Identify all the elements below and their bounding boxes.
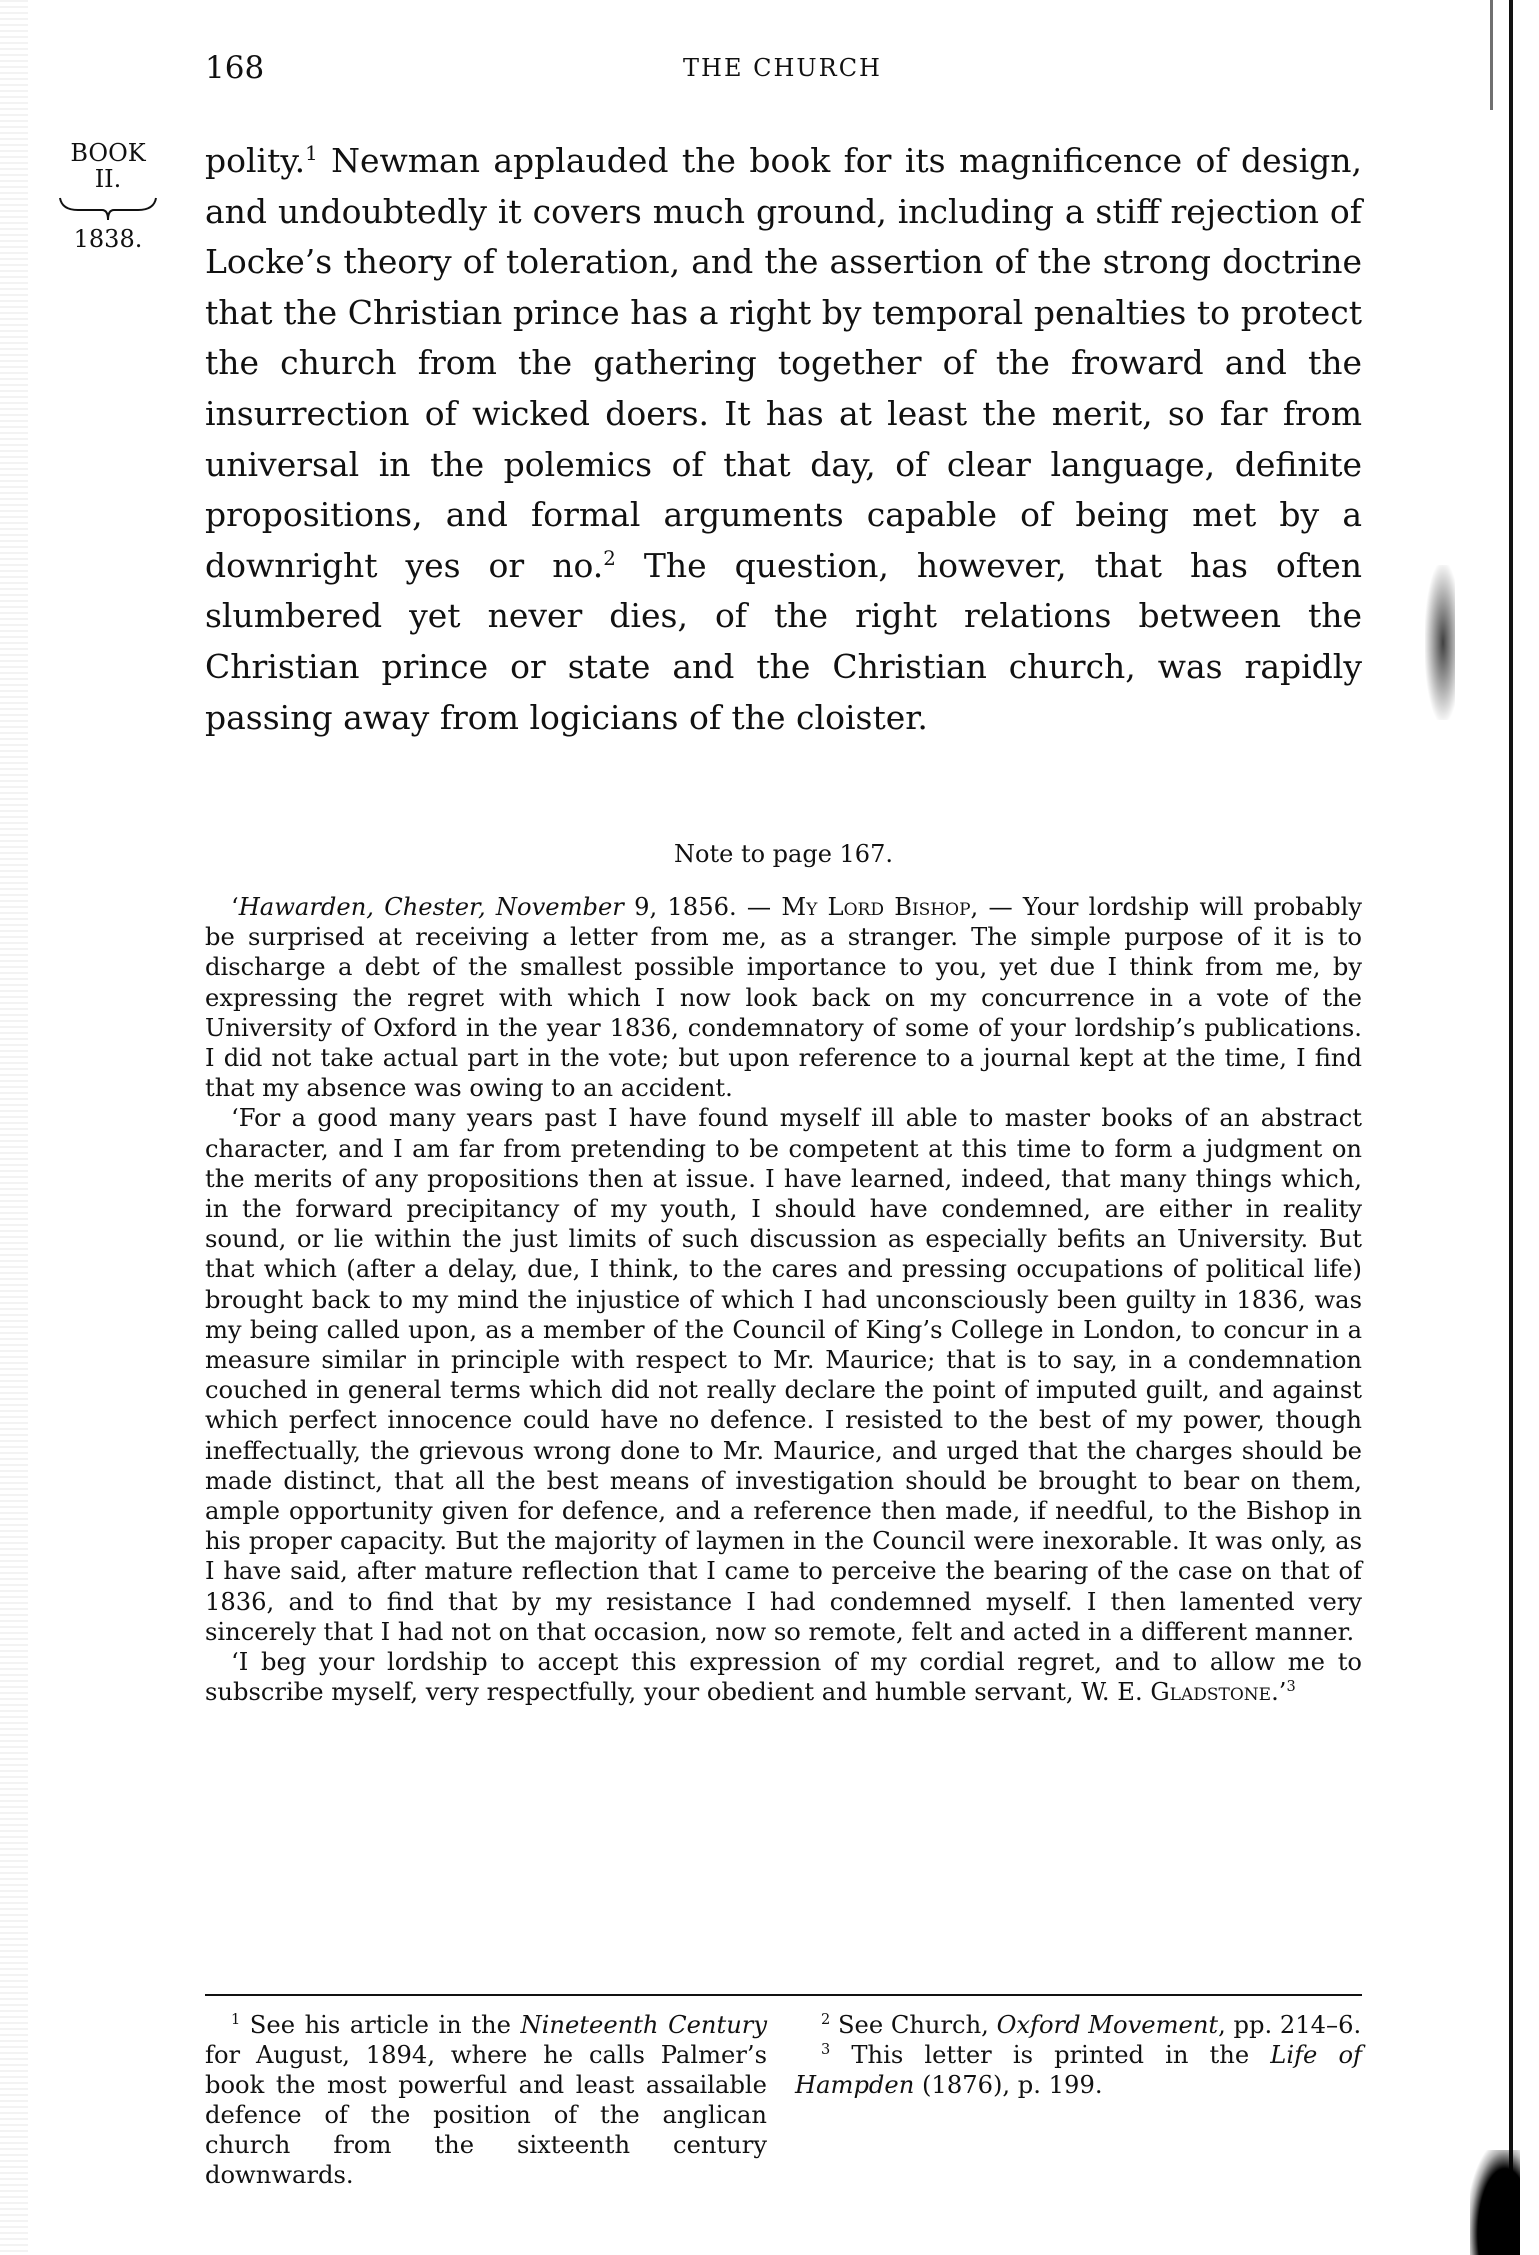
margin-book-number: II. — [48, 166, 168, 192]
letter-paragraph: ‘I beg your lordship to accept this expr… — [205, 1647, 1362, 1707]
footnote-column-right: 2 See Church, Oxford Movement, pp. 214–6… — [795, 2010, 1362, 2100]
letter-place: Hawarden, Chester, November — [239, 893, 624, 921]
margin-book-label: BOOK — [48, 140, 168, 166]
footnote-3: 3 This letter is printed in the Life of … — [795, 2040, 1362, 2100]
letter-paragraph: ‘Hawarden, Chester, November 9, 1856. — … — [205, 892, 1362, 1103]
footnote-ref-1[interactable]: 1 — [305, 142, 318, 165]
scan-smudge — [1470, 2150, 1520, 2255]
footnote-divider — [205, 1994, 1362, 1996]
note-letter: ‘Hawarden, Chester, November 9, 1856. — … — [205, 892, 1362, 1707]
brace-icon — [48, 196, 168, 222]
margin-note: BOOK II. 1838. — [48, 140, 168, 252]
footnote-ref-2[interactable]: 2 — [603, 547, 616, 570]
letter-signature: Gladstone — [1150, 1678, 1271, 1706]
footnote-1: 1 See his article in the Nineteenth Cent… — [205, 2010, 767, 2190]
running-head: THE CHURCH — [205, 54, 1360, 82]
scan-left-edge-artifact — [0, 0, 28, 2255]
note-title: Note to page 167. — [205, 840, 1362, 868]
scan-right-edge-artifact — [1490, 0, 1493, 110]
main-paragraph: polity.1 Newman applauded the book for i… — [205, 136, 1362, 743]
margin-year: 1838. — [48, 226, 168, 252]
footnote-ref-3[interactable]: 3 — [1286, 1679, 1295, 1695]
letter-paragraph: ‘For a good many years past I have found… — [205, 1103, 1362, 1647]
footnote-column-left: 1 See his article in the Nineteenth Cent… — [205, 2010, 767, 2190]
page-header: 168 THE CHURCH — [205, 50, 1360, 90]
letter-salutation: My Lord Bishop — [781, 893, 970, 921]
scan-smudge — [1425, 565, 1455, 720]
footnote-2: 2 See Church, Oxford Movement, pp. 214–6… — [795, 2010, 1362, 2040]
scan-page-edge-line — [1509, 0, 1513, 2255]
